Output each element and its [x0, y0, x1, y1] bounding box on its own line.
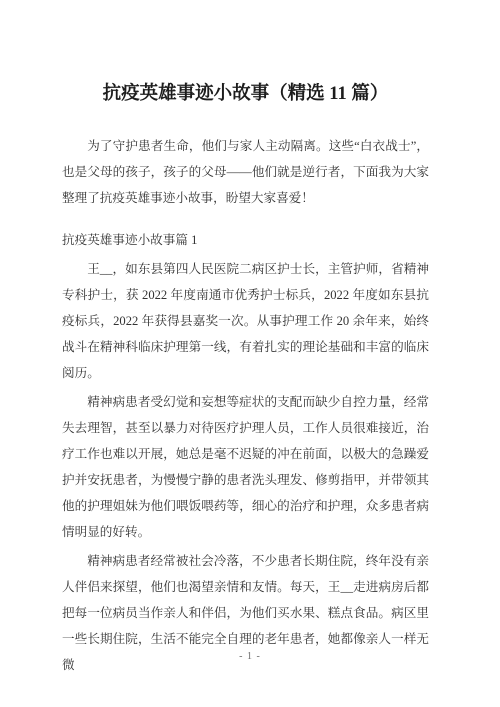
paragraph: 精神病患者受幻觉和妄想等症状的支配而缺少自控力量，经常失去理智，甚至以暴力对待医… — [62, 389, 429, 545]
intro-paragraph: 为了守护患者生命，他们与家人主动隔离。这些“白衣战士”，也是父母的孩子，孩子的父… — [62, 133, 429, 211]
paragraph: 王__，如东县第四人民医院二病区护士长，主管护师，省精神专科护士，获 2022 … — [62, 256, 429, 386]
document-title: 抗疫英雄事迹小故事（精选 11 篇） — [62, 82, 429, 106]
section-heading: 抗疫英雄事迹小故事篇 1 — [62, 227, 429, 253]
page-number: - 1 - — [0, 650, 500, 664]
document-content: 抗疫英雄事迹小故事（精选 11 篇） 为了守护患者生命，他们与家人主动隔离。这些… — [62, 82, 429, 681]
document-page: 抗疫英雄事迹小故事（精选 11 篇） 为了守护患者生命，他们与家人主动隔离。这些… — [0, 0, 500, 707]
